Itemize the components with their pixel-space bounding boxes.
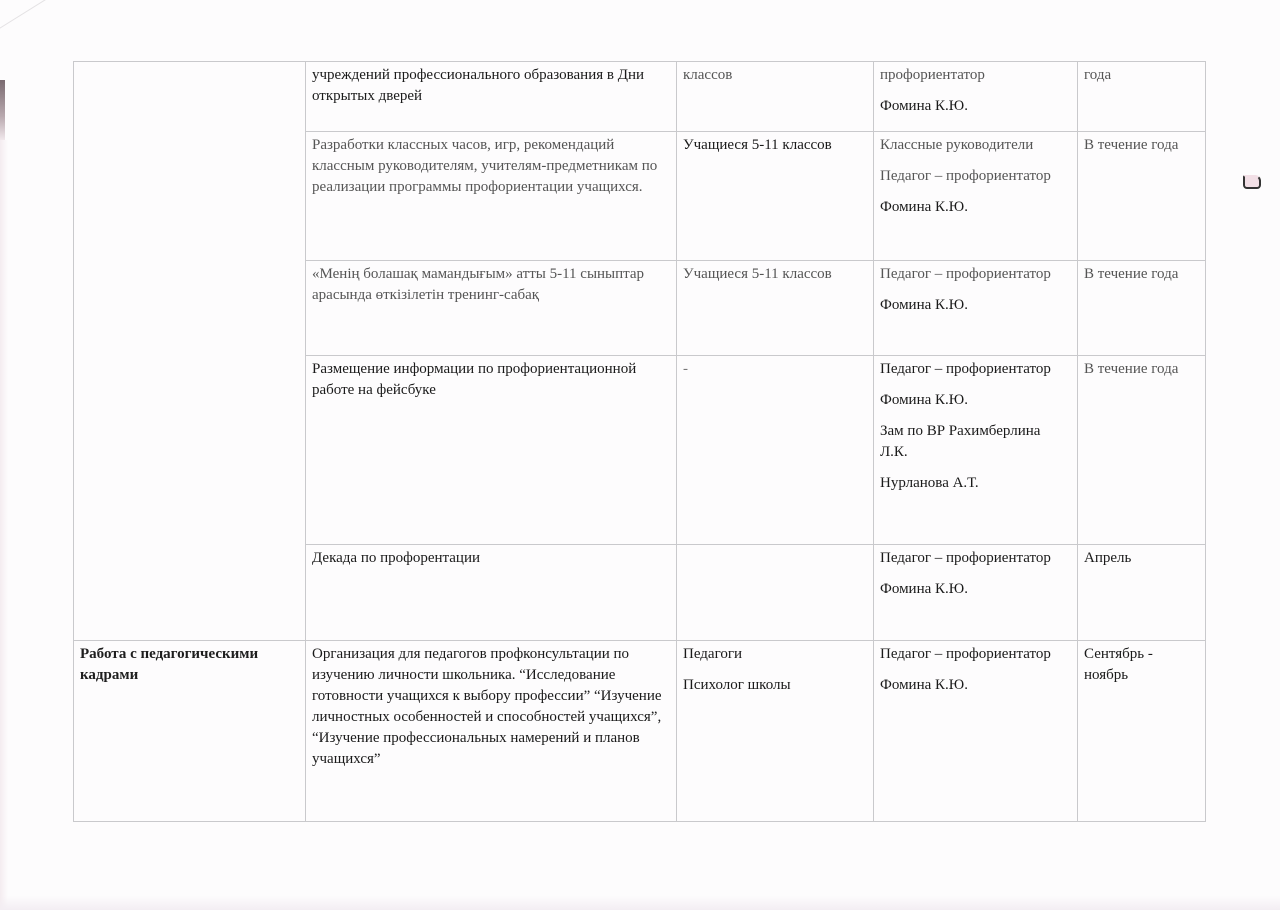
responsible-cell: Педагог – профориентатор Фомина К.Ю. Зам… bbox=[874, 356, 1078, 545]
participants-cell: Учащиеся 5-11 классов bbox=[677, 132, 874, 261]
table-row: учреждений профессионального образования… bbox=[74, 62, 1206, 132]
timeline-text: Сентябрь - ноябрь bbox=[1084, 644, 1199, 686]
responsible-name: Фомина К.Ю. bbox=[880, 96, 1071, 117]
participants-cell: классов bbox=[677, 62, 874, 132]
activity-text: «Менің болашақ мамандығым» атты 5-11 сын… bbox=[312, 264, 670, 306]
responsible-role: Педагог – профориентатор bbox=[880, 644, 1071, 665]
table-row: Работа с педагогическими кадрами Организ… bbox=[74, 641, 1206, 822]
participants-cell bbox=[677, 545, 874, 641]
responsible-name: Фомина К.Ю. bbox=[880, 390, 1071, 411]
timeline-cell: В течение года bbox=[1078, 132, 1206, 261]
scan-bottom-band bbox=[0, 896, 1280, 910]
responsible-deputy: Зам по ВР Рахимберлина Л.К. bbox=[880, 421, 1071, 463]
responsible-name: Нурланова А.Т. bbox=[880, 473, 1071, 494]
participants-text: Учащиеся 5-11 классов bbox=[683, 264, 867, 285]
section-label: Работа с педагогическими кадрами bbox=[80, 644, 299, 686]
timeline-cell: Апрель bbox=[1078, 545, 1206, 641]
responsible-cell: Классные руководители Педагог – профорие… bbox=[874, 132, 1078, 261]
ink-smudge-mark bbox=[1243, 175, 1261, 189]
activity-cell: Разработки классных часов, игр, рекоменд… bbox=[306, 132, 677, 261]
timeline-text: В течение года bbox=[1084, 135, 1199, 156]
scan-edge-tint bbox=[0, 140, 8, 910]
timeline-text: В течение года bbox=[1084, 359, 1199, 380]
responsible-name: Фомина К.Ю. bbox=[880, 579, 1071, 600]
activity-text: Разработки классных часов, игр, рекоменд… bbox=[312, 135, 670, 198]
participants-text: Психолог школы bbox=[683, 675, 867, 696]
career-guidance-plan-table: учреждений профессионального образования… bbox=[73, 61, 1206, 822]
participants-cell: - bbox=[677, 356, 874, 545]
activity-cell: Организация для педагогов профконсультац… bbox=[306, 641, 677, 822]
participants-text: Учащиеся 5-11 классов bbox=[683, 135, 867, 156]
timeline-cell: В течение года bbox=[1078, 261, 1206, 356]
responsible-role: Педагог – профориентатор bbox=[880, 359, 1071, 380]
participants-cell: Педагоги Психолог школы bbox=[677, 641, 874, 822]
section-cell: Работа с педагогическими кадрами bbox=[74, 641, 306, 822]
responsible-cell: Педагог – профориентатор Фомина К.Ю. bbox=[874, 261, 1078, 356]
section-cell bbox=[74, 62, 306, 641]
responsible-role: Педагог – профориентатор bbox=[880, 548, 1071, 569]
responsible-role: Педагог – профориентатор bbox=[880, 264, 1071, 285]
timeline-text: Апрель bbox=[1084, 548, 1199, 569]
responsible-cell: профориентатор Фомина К.Ю. bbox=[874, 62, 1078, 132]
scan-fold-line bbox=[0, 0, 142, 41]
scan-edge-artifact bbox=[0, 80, 5, 140]
activity-cell: учреждений профессионального образования… bbox=[306, 62, 677, 132]
timeline-cell: Сентябрь - ноябрь bbox=[1078, 641, 1206, 822]
activity-text: Декада по профорентации bbox=[312, 548, 670, 569]
responsible-role: Педагог – профориентатор bbox=[880, 166, 1071, 187]
responsible-role: профориентатор bbox=[880, 65, 1071, 86]
responsible-name: Фомина К.Ю. bbox=[880, 197, 1071, 218]
activity-cell: «Менің болашақ мамандығым» атты 5-11 сын… bbox=[306, 261, 677, 356]
timeline-text: В течение года bbox=[1084, 264, 1199, 285]
responsible-name: Фомина К.Ю. bbox=[880, 295, 1071, 316]
activity-text: Размещение информации по профориентацион… bbox=[312, 359, 670, 401]
participants-text: классов bbox=[683, 65, 867, 86]
responsible-cell: Педагог – профориентатор Фомина К.Ю. bbox=[874, 641, 1078, 822]
activity-cell: Декада по профорентации bbox=[306, 545, 677, 641]
timeline-text: года bbox=[1084, 65, 1199, 86]
participants-text: Педагоги bbox=[683, 644, 867, 665]
responsible-role: Классные руководители bbox=[880, 135, 1071, 156]
activity-text: Организация для педагогов профконсультац… bbox=[312, 644, 670, 770]
timeline-cell: года bbox=[1078, 62, 1206, 132]
participants-cell: Учащиеся 5-11 классов bbox=[677, 261, 874, 356]
responsible-name: Фомина К.Ю. bbox=[880, 675, 1071, 696]
activity-text: учреждений профессионального образования… bbox=[312, 65, 670, 107]
participants-text: - bbox=[683, 359, 867, 380]
timeline-cell: В течение года bbox=[1078, 356, 1206, 545]
activity-cell: Размещение информации по профориентацион… bbox=[306, 356, 677, 545]
responsible-cell: Педагог – профориентатор Фомина К.Ю. bbox=[874, 545, 1078, 641]
